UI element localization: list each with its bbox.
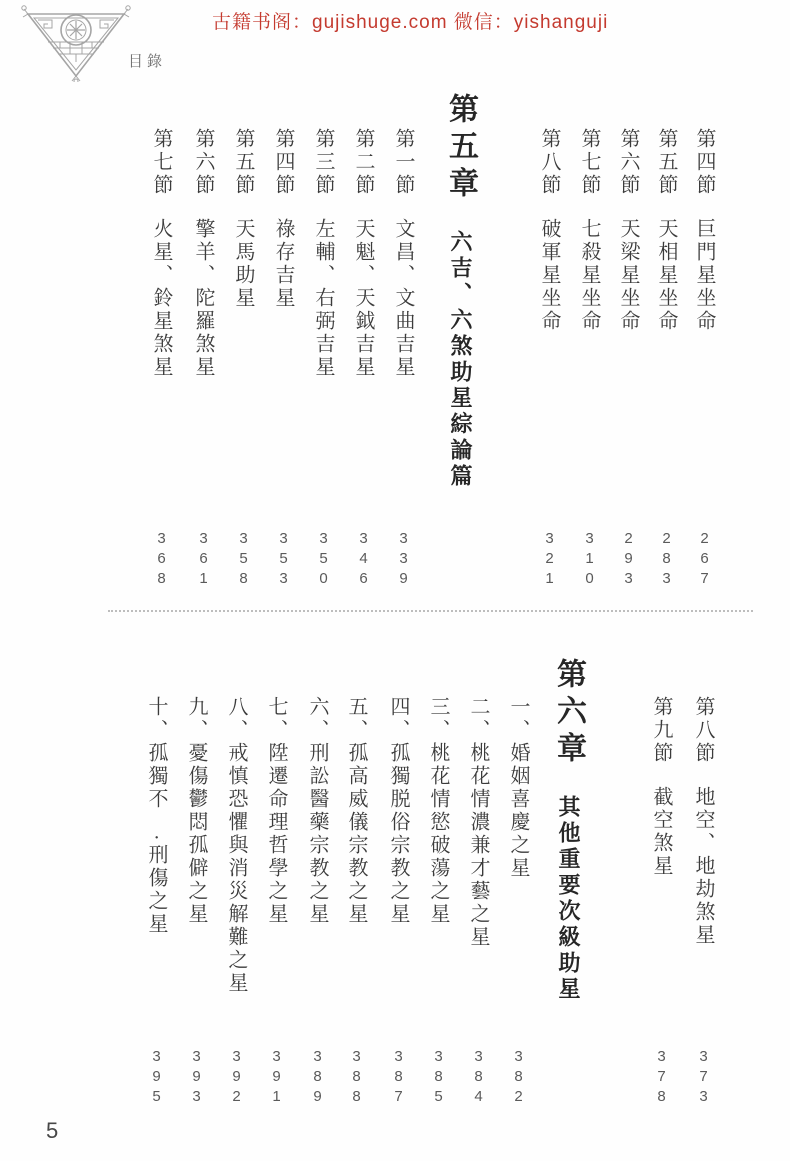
entry-label: 第四節 [693,128,715,197]
entry-label: 第二節 [352,128,374,197]
chapter-heading: 第六章其他重要次級助星 [549,658,587,1003]
toc-item: 三、桃花情慾破蕩之星 385 [426,696,450,1108]
toc-entry: 第二節天魁、天鉞吉星 346 [351,128,375,590]
entry-label: 第七節 [150,128,172,197]
page-number: 267 [696,530,712,590]
page-number: 346 [355,530,371,590]
toc-item: 二、桃花情濃兼才藝之星 384 [466,696,490,1108]
entry-name: 七殺星坐命 [578,218,600,333]
entry-name: 天梁星坐命 [617,218,639,333]
page-number: 321 [541,530,557,590]
chapter-heading: 第五章六吉、六煞助星綜論篇 [441,93,479,490]
page-number: 385 [430,1048,446,1108]
page-number: 391 [268,1048,284,1108]
item-name: 陞遷命理哲學之星 [265,742,287,926]
page-number: 392 [228,1048,244,1108]
toc-entry: 第四節巨門星坐命 267 [692,128,716,590]
chapter-number: 第六章 [552,658,585,769]
entry-name: 祿存吉星 [272,218,294,310]
chapter-title: 其他重要次級助星 [556,795,581,1003]
item-name: 孤獨不 ·刑傷之星 [145,742,167,936]
entry-label: 第五節 [232,128,254,197]
footer-page-number: 5 [46,1118,58,1144]
entry-name: 截空煞星 [650,786,672,878]
page-number: 358 [235,530,251,590]
entry-name: 天馬助星 [232,218,254,310]
toc-item: 八、戒慎恐懼與消災解難之星 392 [224,696,248,1108]
item-label: 四、 [387,696,409,742]
item-name: 桃花情濃兼才藝之星 [467,742,489,949]
toc-entry: 第六節天梁星坐命 293 [616,128,640,590]
toc-item: 一、婚姻喜慶之星 382 [506,696,530,1108]
page-number: 283 [658,530,674,590]
toc-item: 九、憂傷鬱悶孤僻之星 393 [184,696,208,1108]
toc-item: 五、孤高威儀宗教之星 388 [344,696,368,1108]
entry-label: 第六節 [192,128,214,197]
entry-name: 火星、鈴星煞星 [150,218,172,379]
toc-entry: 第八節地空、地劫煞星 373 [691,696,715,1108]
page-number: 310 [581,530,597,590]
item-name: 桃花情慾破蕩之星 [427,742,449,926]
page-number: 353 [275,530,291,590]
entry-name: 文昌、文曲吉星 [392,218,414,379]
seal-logo-icon [20,2,132,82]
toc-entry: 第三節左輔、右弼吉星 350 [311,128,335,590]
toc-entry: 第九節截空煞星 378 [649,696,673,1108]
item-label: 六、 [306,696,328,742]
page-number: 361 [195,530,211,590]
toc-entry: 第七節火星、鈴星煞星 368 [149,128,173,590]
page-number: 373 [695,1048,711,1108]
entry-label: 第八節 [692,696,714,765]
page-number: 384 [470,1048,486,1108]
toc-item: 六、刑訟醫藥宗教之星 389 [305,696,329,1108]
entry-label: 第三節 [312,128,334,197]
item-name: 孤高威儀宗教之星 [345,742,367,926]
page-number: 378 [653,1048,669,1108]
page-number: 368 [153,530,169,590]
page-number: 393 [188,1048,204,1108]
toc-item: 七、陞遷命理哲學之星 391 [264,696,288,1108]
toc-entry: 第四節祿存吉星 353 [271,128,295,590]
toc-entry: 第六節擎羊、陀羅煞星 361 [191,128,215,590]
toc-entry: 第一節文昌、文曲吉星 339 [391,128,415,590]
entry-label: 第五節 [655,128,677,197]
item-name: 婚姻喜慶之星 [507,742,529,880]
item-name: 憂傷鬱悶孤僻之星 [185,742,207,926]
entry-name: 破軍星坐命 [538,218,560,333]
page-number: 382 [510,1048,526,1108]
item-label: 二、 [467,696,489,742]
page-number: 388 [348,1048,364,1108]
page-number: 389 [309,1048,325,1108]
item-label: 八、 [225,696,247,742]
item-label: 十、 [145,696,167,742]
entry-name: 天魁、天鉞吉星 [352,218,374,379]
scanned-toc-page: 古籍书阁：gujishuge.com 微信：yishanguji 目錄 第四節巨… [0,0,790,1161]
entry-name: 巨門星坐命 [693,218,715,333]
toc-entry: 第五節天相星坐命 283 [654,128,678,590]
toc-item: 十、孤獨不 ·刑傷之星 395 [144,696,168,1108]
entry-name: 天相星坐命 [655,218,677,333]
page-number: 387 [390,1048,406,1108]
entry-label: 第八節 [538,128,560,197]
toc-entry: 第七節七殺星坐命 310 [577,128,601,590]
page-number: 350 [315,530,331,590]
watermark-text: 古籍书阁：gujishuge.com 微信：yishanguji [212,7,608,34]
chapter-number: 第五章 [444,93,477,204]
entry-label: 第六節 [617,128,639,197]
page-number: 339 [395,530,411,590]
item-name: 戒慎恐懼與消災解難之星 [225,742,247,995]
entry-label: 第七節 [578,128,600,197]
item-label: 九、 [185,696,207,742]
entry-name: 地空、地劫煞星 [692,786,714,947]
page-number: 293 [620,530,636,590]
entry-name: 左輔、右弼吉星 [312,218,334,379]
entry-label: 第四節 [272,128,294,197]
entry-label: 第一節 [392,128,414,197]
item-name: 刑訟醫藥宗教之星 [306,742,328,926]
item-label: 五、 [345,696,367,742]
item-label: 一、 [507,696,529,742]
item-label: 三、 [427,696,449,742]
chapter-title: 六吉、六煞助星綜論篇 [448,230,473,490]
toc-caption: 目錄 [128,50,166,71]
entry-name: 擎羊、陀羅煞星 [192,218,214,379]
entry-label: 第九節 [650,696,672,765]
page-number: 395 [148,1048,164,1108]
item-name: 孤獨脱俗宗教之星 [387,742,409,926]
toc-entry: 第五節天馬助星 358 [231,128,255,590]
toc-item: 四、孤獨脱俗宗教之星 387 [386,696,410,1108]
item-label: 七、 [265,696,287,742]
toc-entry: 第八節破軍星坐命 321 [537,128,561,590]
dotted-separator [108,610,753,612]
